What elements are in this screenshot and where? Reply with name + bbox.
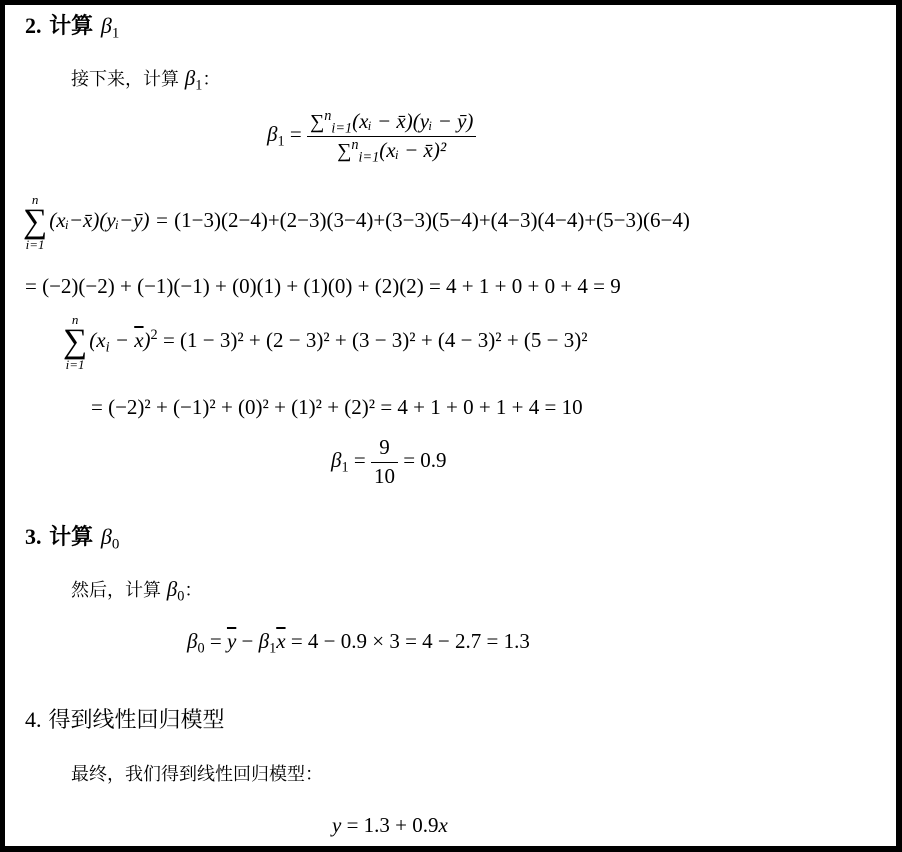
covariance-sum-line-1: n∑i=1(xᵢ−x̄)(yᵢ−ȳ) = (1−3)(2−4)+(2−3)(3−… (23, 193, 690, 251)
variance-sum-line-2: = (−2)² + (−1)² + (0)² + (1)² + (2)² = 4… (91, 395, 583, 420)
section-heading-4: 4. 得到线性回归模型 (25, 703, 225, 734)
regression-model: y = 1.3 + 0.9x (332, 813, 448, 838)
section-heading-2: 2. 计算 β1 (25, 9, 119, 40)
beta0-result: β0 = y − β1x = 4 − 0.9 × 3 = 4 − 2.7 = 1… (187, 629, 530, 654)
covariance-sum-line-2: = (−2)(−2) + (−1)(−1) + (0)(1) + (1)(0) … (25, 274, 621, 299)
section-number: 2. (25, 13, 42, 38)
section-intro-2: 接下来，计算 β1： (71, 65, 220, 91)
section-intro-4: 最终，我们得到线性回归模型： (71, 760, 323, 786)
beta-symbol: β1 (101, 13, 119, 38)
section-heading-3: 3. 计算 β0 (25, 520, 119, 551)
beta1-result: β1 = 910 = 0.9 (331, 435, 447, 489)
beta1-formula: β1 = ∑ni=1(xᵢ − x̄)(yᵢ − ȳ) ∑ni=1(xᵢ − x… (267, 109, 476, 163)
variance-sum-line-1: n∑i=1(xi − x)2 = (1 − 3)² + (2 − 3)² + (… (63, 313, 588, 371)
section-title: 计算 (49, 14, 93, 39)
beta-symbol: β1 (185, 66, 203, 90)
section-intro-3: 然后，计算 β0： (71, 576, 202, 602)
beta-symbol: β0 (101, 524, 119, 549)
document-page: 2. 计算 β1 接下来，计算 β1： β1 = ∑ni=1(xᵢ − x̄)(… (5, 5, 896, 846)
